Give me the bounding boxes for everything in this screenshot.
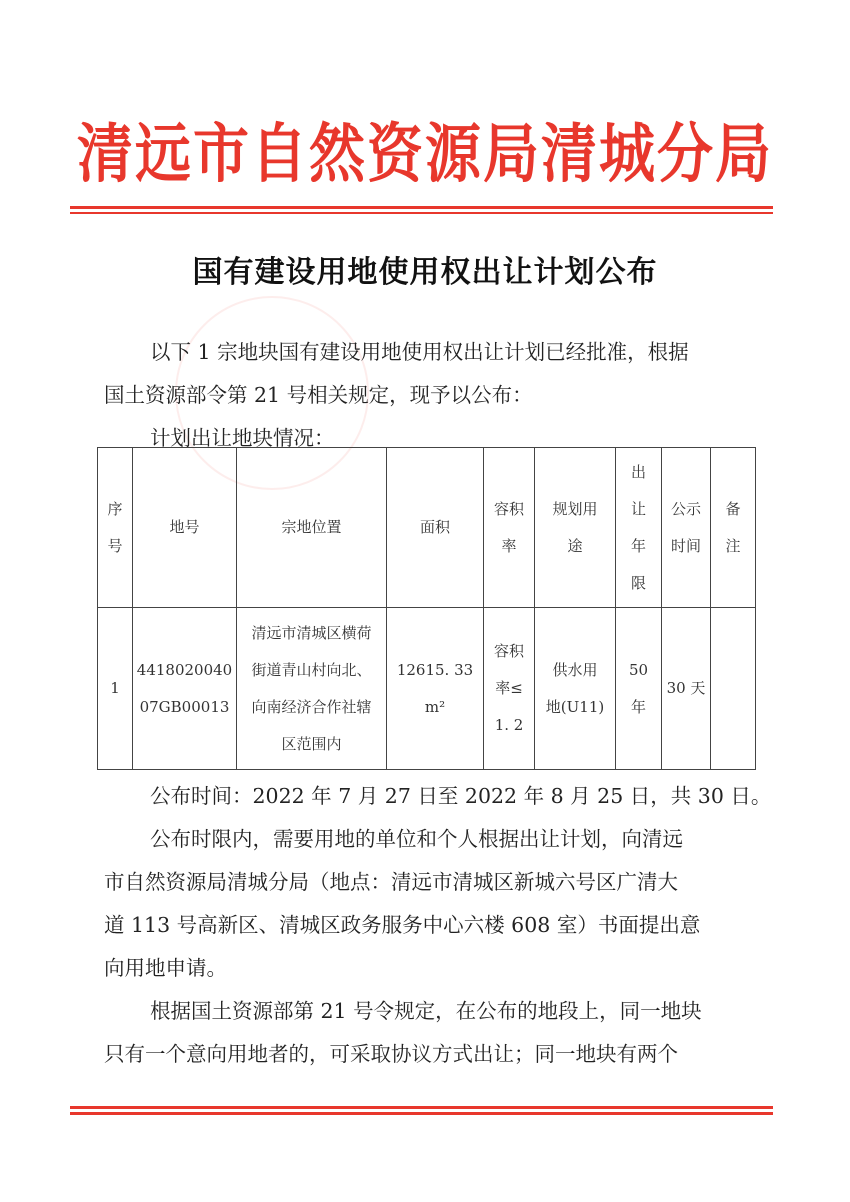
header-period-line: 公示 [662, 491, 710, 528]
header-far: 容积 率 [484, 448, 535, 608]
header-remarks: 备 注 [711, 448, 756, 608]
rule-line-1: 根据国土资源部第 21 号令规定，在公布的地段上，同一地块 [104, 990, 764, 1033]
header-notice-period: 公示 时间 [662, 448, 711, 608]
cell-term: 50 年 [616, 608, 662, 770]
cell-area: 12615. 33 m² [387, 608, 484, 770]
application-line-4: 向用地申请。 [104, 947, 764, 990]
cell-notice-period: 30 天 [662, 608, 711, 770]
area-line: 12615. 33 [387, 652, 483, 689]
header-period-line: 时间 [662, 528, 710, 565]
header-far-line: 率 [484, 528, 534, 565]
cell-remarks [711, 608, 756, 770]
header-term-line: 让 [616, 491, 661, 528]
header-term-line: 年 [616, 528, 661, 565]
table-row: 1 4418020040 07GB00013 清远市清城区横荷 街道青山村向北、… [98, 608, 756, 770]
header-far-line: 容积 [484, 491, 534, 528]
use-line: 供水用 [535, 652, 615, 689]
rule-line-2: 只有一个意向用地者的，可采取协议方式出让；同一地块有两个 [104, 1033, 764, 1076]
header-use-line: 规划用 [535, 491, 615, 528]
cell-seq: 1 [98, 608, 133, 770]
header-seq-line: 序 [98, 491, 132, 528]
header-seq-line: 号 [98, 528, 132, 565]
publish-period: 公布时间：2022 年 7 月 27 日至 2022 年 8 月 25 日，共 … [104, 775, 764, 818]
cell-parcel-no: 4418020040 07GB00013 [133, 608, 237, 770]
table-header-row: 序 号 地号 宗地位置 面积 容积 率 规划用 途 出 让 年 限 公示 时 [98, 448, 756, 608]
header-location: 宗地位置 [237, 448, 387, 608]
term-line: 年 [616, 689, 661, 726]
header-term-line: 出 [616, 454, 661, 491]
use-line: 地(U11) [535, 689, 615, 726]
header-remarks-line: 注 [711, 528, 755, 565]
location-line: 向南经济合作社辖 [237, 689, 386, 726]
header-area: 面积 [387, 448, 484, 608]
application-line-2: 市自然资源局清城分局（地点：清远市清城区新城六号区广清大 [104, 861, 764, 904]
header-planned-use: 规划用 途 [535, 448, 616, 608]
location-line: 街道青山村向北、 [237, 652, 386, 689]
parcel-no-line: 07GB00013 [133, 689, 236, 726]
document-title: 国有建设用地使用权出让计划公布 [60, 247, 790, 291]
cell-planned-use: 供水用 地(U11) [535, 608, 616, 770]
location-line: 清远市清城区横荷 [237, 615, 386, 652]
intro-line-1: 以下 1 宗地块国有建设用地使用权出让计划已经批准，根据 [104, 331, 764, 374]
footer-rule-upper [70, 1106, 773, 1109]
far-line: 1. 2 [484, 707, 534, 744]
notice-paragraphs: 公布时间：2022 年 7 月 27 日至 2022 年 8 月 25 日，共 … [104, 775, 764, 1076]
area-line: m² [387, 689, 483, 726]
header-term-line: 限 [616, 565, 661, 602]
land-plan-table: 序 号 地号 宗地位置 面积 容积 率 规划用 途 出 让 年 限 公示 时 [97, 447, 756, 770]
footer-rule-lower [70, 1112, 773, 1115]
term-line: 50 [616, 652, 661, 689]
header-remarks-line: 备 [711, 491, 755, 528]
masthead-org-name: 清远市自然资源局清城分局 [60, 108, 790, 200]
masthead-rule-thin [70, 212, 773, 214]
header-seq: 序 号 [98, 448, 133, 608]
document-page: 清远市自然资源局清城分局 国有建设用地使用权出让计划公布 以下 1 宗地块国有建… [0, 0, 850, 1202]
header-use-line: 途 [535, 528, 615, 565]
cell-location: 清远市清城区横荷 街道青山村向北、 向南经济合作社辖 区范围内 [237, 608, 387, 770]
far-line: 容积 [484, 633, 534, 670]
cell-far: 容积 率≤ 1. 2 [484, 608, 535, 770]
far-line: 率≤ [484, 670, 534, 707]
intro-line-2: 国土资源部令第 21 号相关规定，现予以公布： [104, 374, 764, 417]
application-line-3: 道 113 号高新区、清城区政务服务中心六楼 608 室）书面提出意 [104, 904, 764, 947]
intro-paragraph: 以下 1 宗地块国有建设用地使用权出让计划已经批准，根据 国土资源部令第 21 … [104, 331, 764, 460]
header-parcel-no: 地号 [133, 448, 237, 608]
parcel-no-line: 4418020040 [133, 652, 236, 689]
application-line-1: 公布时限内，需要用地的单位和个人根据出让计划，向清远 [104, 818, 764, 861]
masthead-rule-thick [70, 206, 773, 209]
header-term: 出 让 年 限 [616, 448, 662, 608]
location-line: 区范围内 [237, 726, 386, 763]
